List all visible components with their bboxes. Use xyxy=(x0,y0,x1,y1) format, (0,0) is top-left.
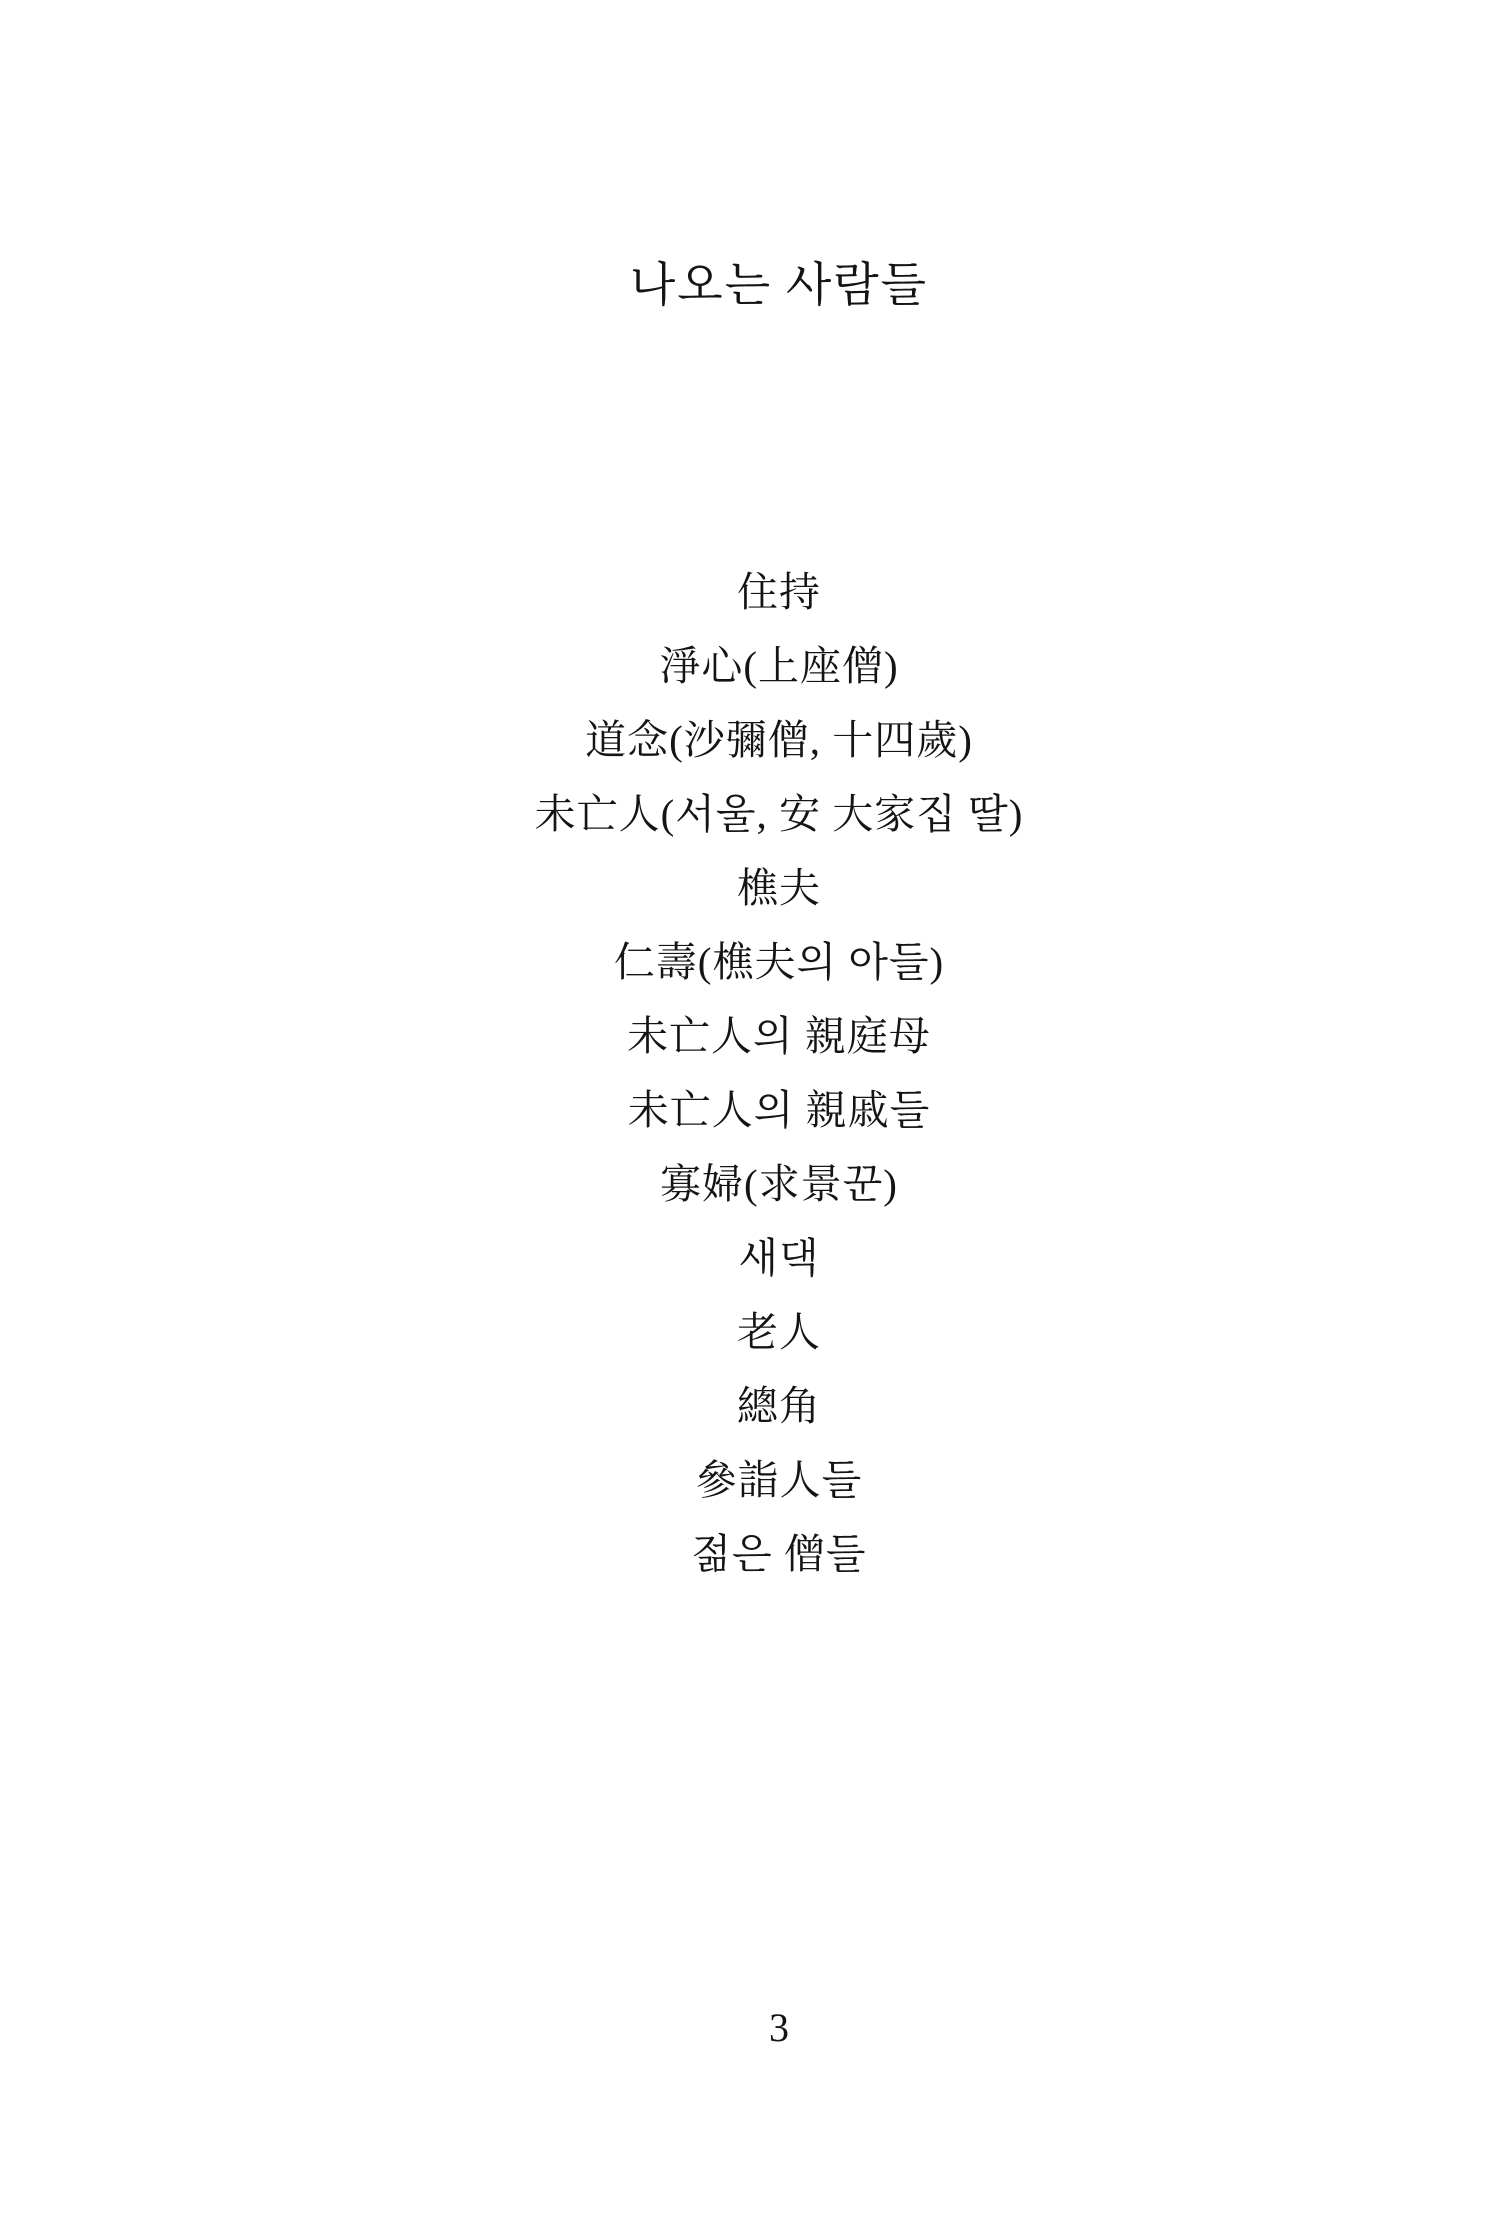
character-entry: 未亡人의 親庭母 xyxy=(46,999,1512,1073)
character-entry: 淨心(上座僧) xyxy=(46,629,1512,703)
character-list: 住持 淨心(上座僧) 道念(沙彌僧, 十四歲) 未亡人(서울, 安 大家집 딸)… xyxy=(0,555,1512,1591)
character-entry: 參詣人들 xyxy=(46,1443,1512,1517)
character-entry: 樵夫 xyxy=(46,851,1512,925)
character-entry: 젊은 僧들 xyxy=(46,1517,1512,1591)
character-entry: 未亡人의 親戚들 xyxy=(46,1073,1512,1147)
document-page: 나오는 사람들 住持 淨心(上座僧) 道念(沙彌僧, 十四歲) 未亡人(서울, … xyxy=(0,0,1512,2220)
page-number: 3 xyxy=(0,2004,1512,2052)
character-entry: 道念(沙彌僧, 十四歲) xyxy=(46,703,1512,777)
character-entry: 總角 xyxy=(46,1369,1512,1443)
character-entry: 寡婦(求景꾼) xyxy=(46,1147,1512,1221)
page-title: 나오는 사람들 xyxy=(0,258,1512,314)
character-entry: 仁壽(樵夫의 아들) xyxy=(46,925,1512,999)
character-entry: 住持 xyxy=(46,555,1512,629)
character-entry: 새댁 xyxy=(46,1221,1512,1295)
character-entry: 老人 xyxy=(46,1295,1512,1369)
character-entry: 未亡人(서울, 安 大家집 딸) xyxy=(46,777,1512,851)
